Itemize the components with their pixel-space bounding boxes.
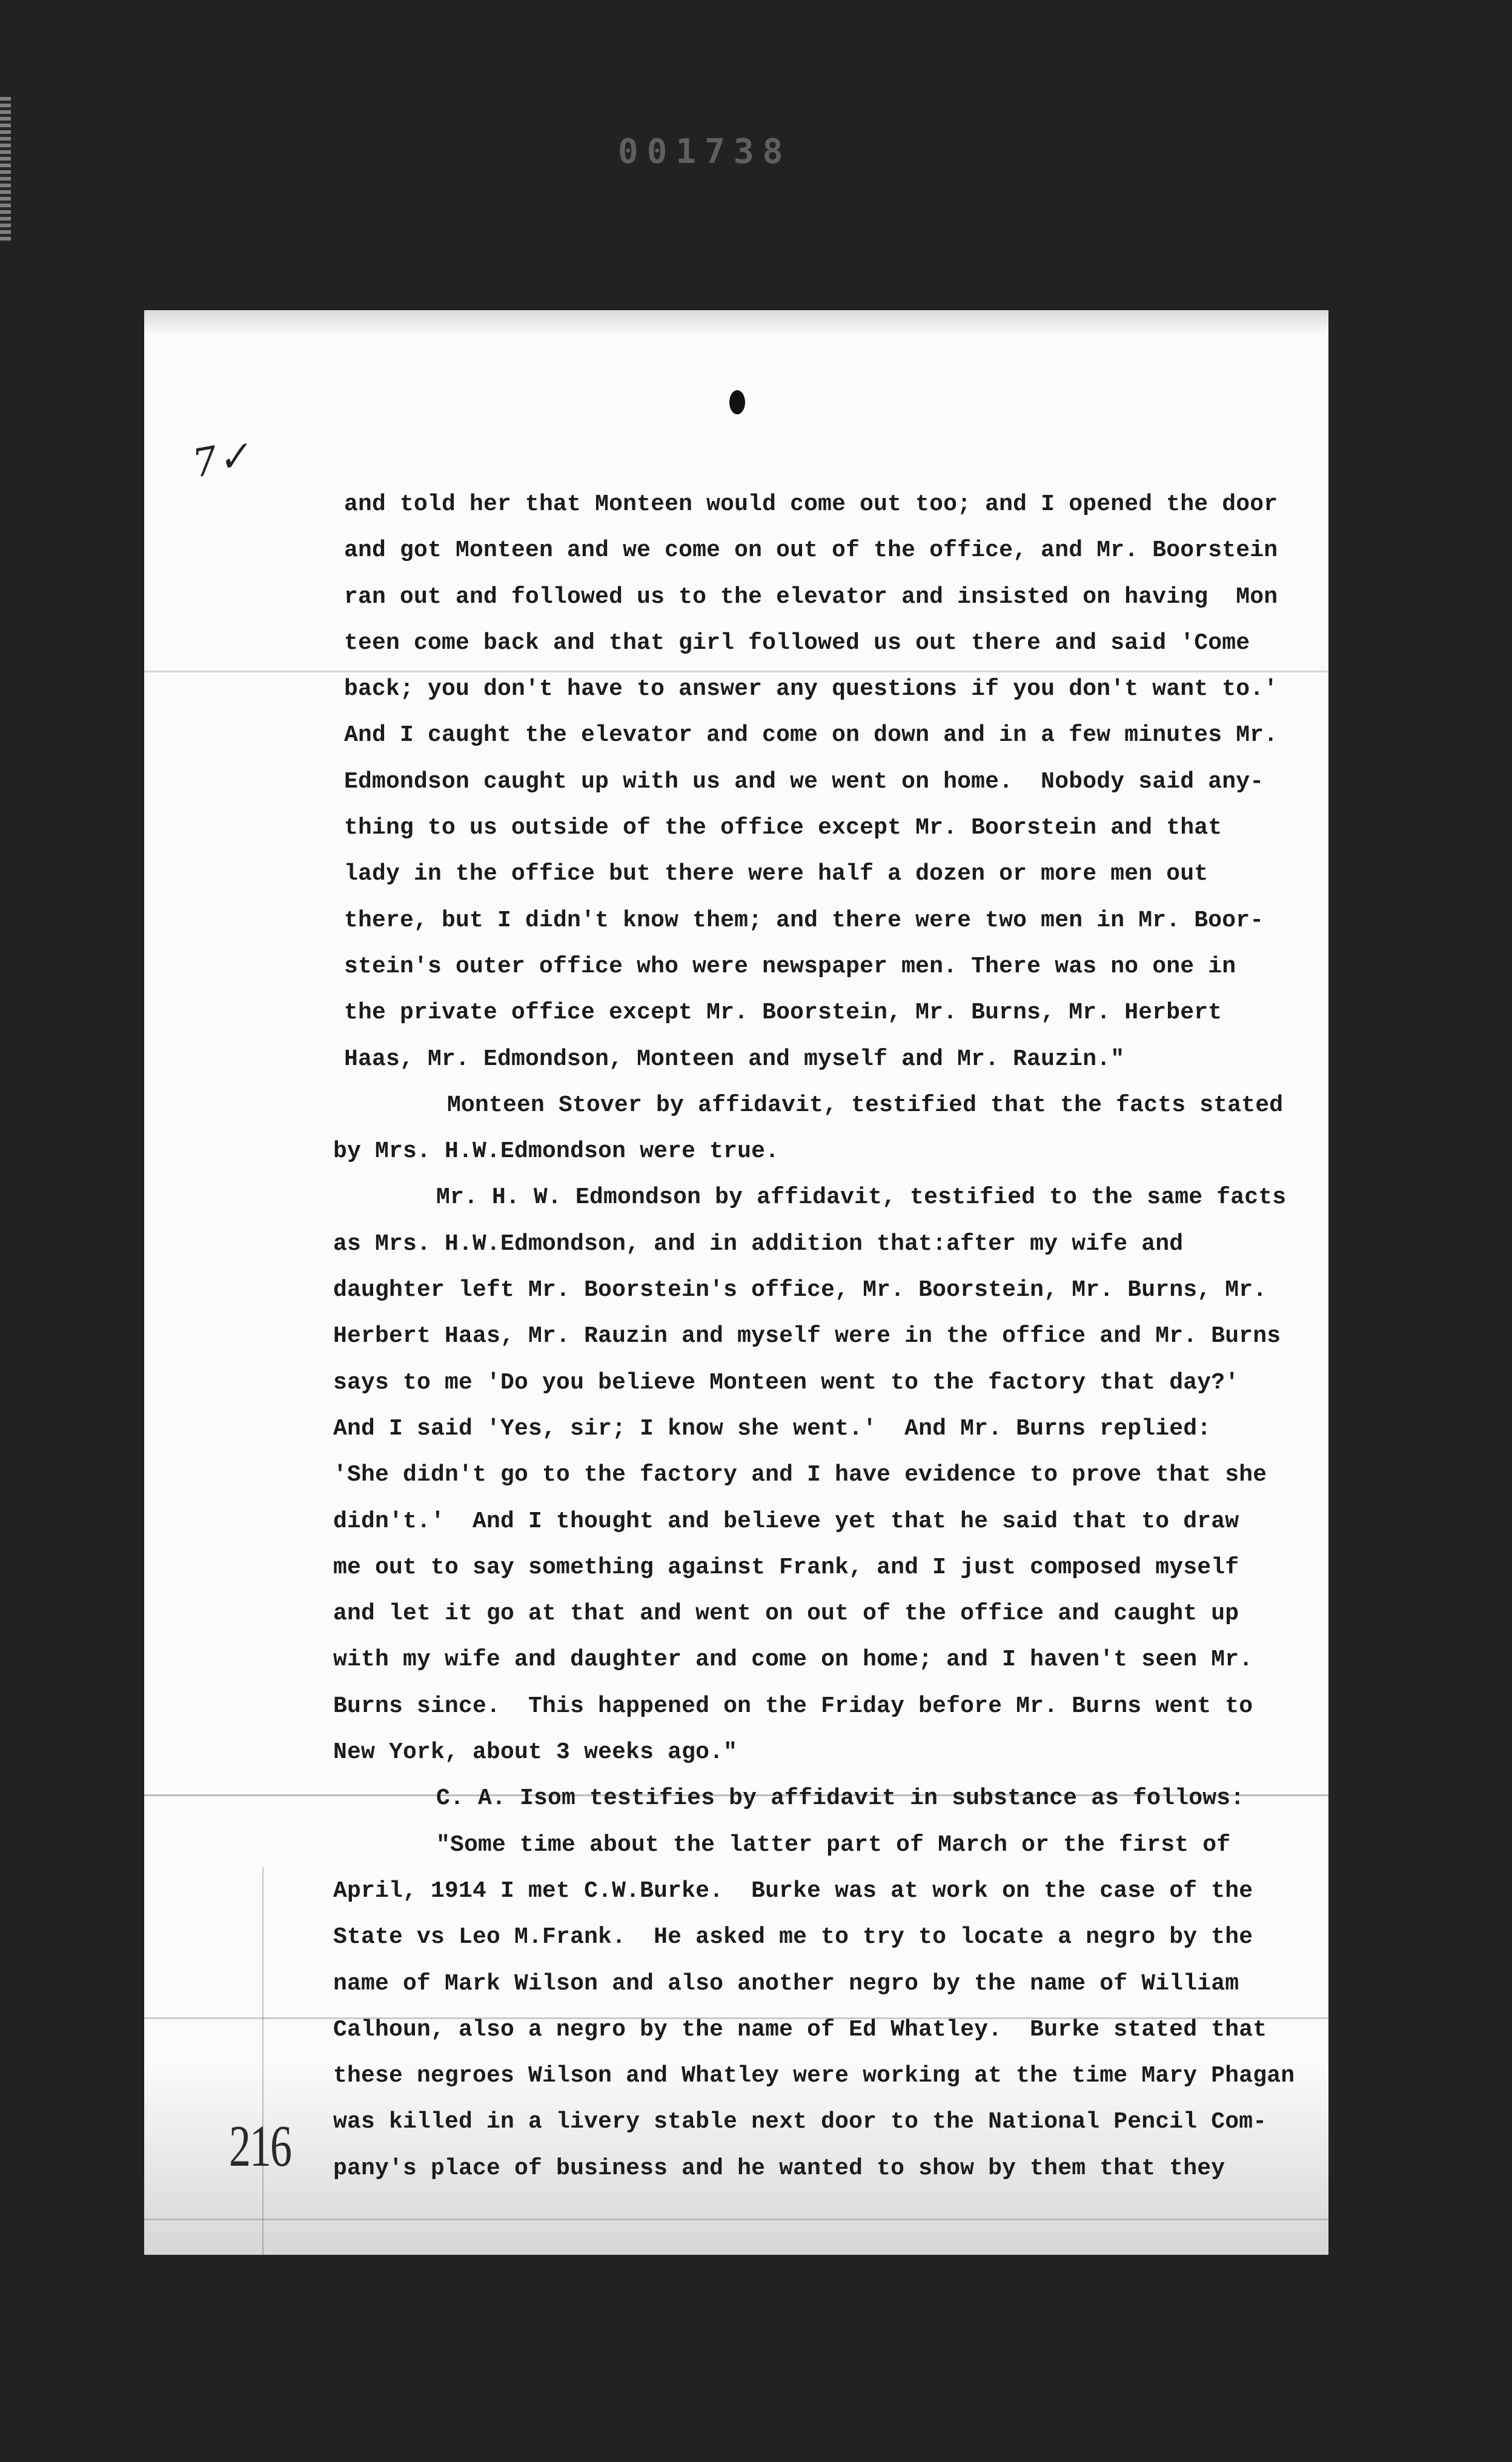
film-edge-markings [0,97,11,242]
text-line: didn't.' And I thought and believe yet t… [333,1499,1328,1545]
hole-punch-mark [729,390,745,414]
text-line: New York, about 3 weeks ago." [333,1730,1328,1776]
text-line: was killed in a livery stable next door … [333,2099,1328,2145]
text-line: with my wife and daughter and come on ho… [333,1637,1328,1683]
text-line: and got Monteen and we come on out of th… [344,528,1328,574]
text-line: me out to say something against Frank, a… [333,1545,1328,1591]
text-line: State vs Leo M.Frank. He asked me to try… [333,1914,1328,1960]
text-line: Mr. H. W. Edmondson by affidavit, testif… [333,1175,1328,1221]
page-number: 216 [229,2112,291,2180]
text-line: Burns since. This happened on the Friday… [333,1684,1328,1730]
text-line: says to me 'Do you believe Monteen went … [333,1360,1328,1406]
text-line: And I said 'Yes, sir; I know she went.' … [333,1406,1328,1452]
text-line: name of Mark Wilson and also another neg… [333,1961,1328,2007]
text-line: and let it go at that and went on out of… [333,1591,1328,1637]
text-line: lady in the office but there were half a… [344,851,1328,897]
text-line: as Mrs. H.W.Edmondson, and in addition t… [333,1221,1328,1267]
text-line: Calhoun, also a negro by the name of Ed … [333,2007,1328,2053]
text-line: And I caught the elevator and come on do… [344,712,1328,758]
text-line: C. A. Isom testifies by affidavit in sub… [333,1776,1328,1822]
text-line: "Some time about the latter part of Marc… [333,1822,1328,1868]
text-line: Herbert Haas, Mr. Rauzin and myself were… [333,1313,1328,1359]
text-line: teen come back and that girl followed us… [344,620,1328,666]
handwritten-annotation: 7✓ [189,433,253,486]
text-line: and told her that Monteen would come out… [344,482,1328,528]
text-line: back; you don't have to answer any quest… [344,666,1328,712]
text-line: Monteen Stover by affidavit, testified t… [344,1083,1328,1129]
text-line: daughter left Mr. Boorstein's office, Mr… [333,1267,1328,1313]
text-line: April, 1914 I met C.W.Burke. Burke was a… [333,1868,1328,1914]
text-line: ran out and followed us to the elevator … [344,574,1328,620]
text-line: Edmondson caught up with us and we went … [344,759,1328,805]
text-line: by Mrs. H.W.Edmondson were true. [333,1129,1328,1175]
text-line: pany's place of business and he wanted t… [333,2146,1328,2192]
text-line: Haas, Mr. Edmondson, Monteen and myself … [344,1037,1328,1083]
text-line: 'She didn't go to the factory and I have… [333,1452,1328,1498]
document-page: 7✓ 216 and told her that Monteen would c… [144,310,1328,2255]
text-line: stein's outer office who were newspaper … [344,944,1328,990]
microfilm-frame-number: 001738 [618,132,791,171]
scan-artifact-line [144,2218,1328,2220]
text-line: thing to us outside of the office except… [344,805,1328,851]
document-body-text: and told her that Monteen would come out… [344,482,1328,2192]
margin-rule [262,1867,264,2255]
text-line: these negroes Wilson and Whatley were wo… [333,2053,1328,2099]
text-line: the private office except Mr. Boorstein,… [344,990,1328,1036]
text-line: there, but I didn't know them; and there… [344,898,1328,944]
